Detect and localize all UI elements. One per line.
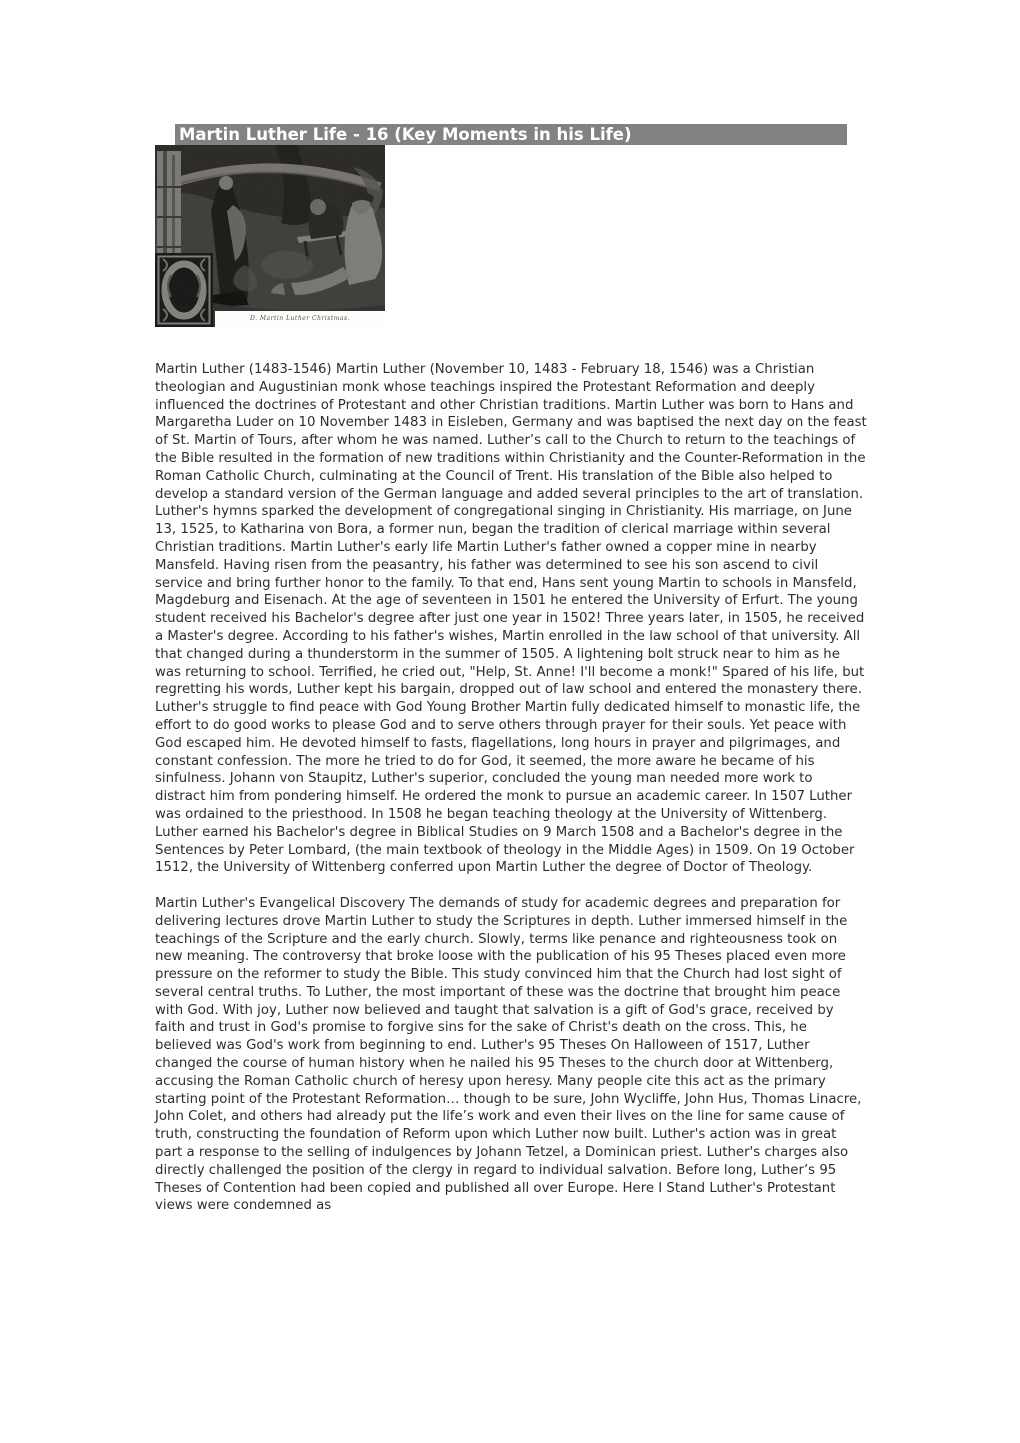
luther-engraving-image: D. Martin Luther Christmas. — [155, 145, 385, 327]
engraving-graphic — [155, 145, 385, 327]
page-title: Martin Luther Life - 16 (Key Moments in … — [179, 125, 632, 144]
title-bar: Martin Luther Life - 16 (Key Moments in … — [175, 124, 847, 145]
paragraph-biography: Martin Luther (1483-1546) Martin Luther … — [155, 361, 867, 877]
paragraph-evangelical-discovery: Martin Luther's Evangelical Discovery Th… — [155, 895, 867, 1215]
article-body: Martin Luther (1483-1546) Martin Luther … — [155, 361, 867, 1215]
document-page: Martin Luther Life - 16 (Key Moments in … — [0, 0, 1020, 1443]
engraving-caption: D. Martin Luther Christmas. — [215, 311, 385, 327]
